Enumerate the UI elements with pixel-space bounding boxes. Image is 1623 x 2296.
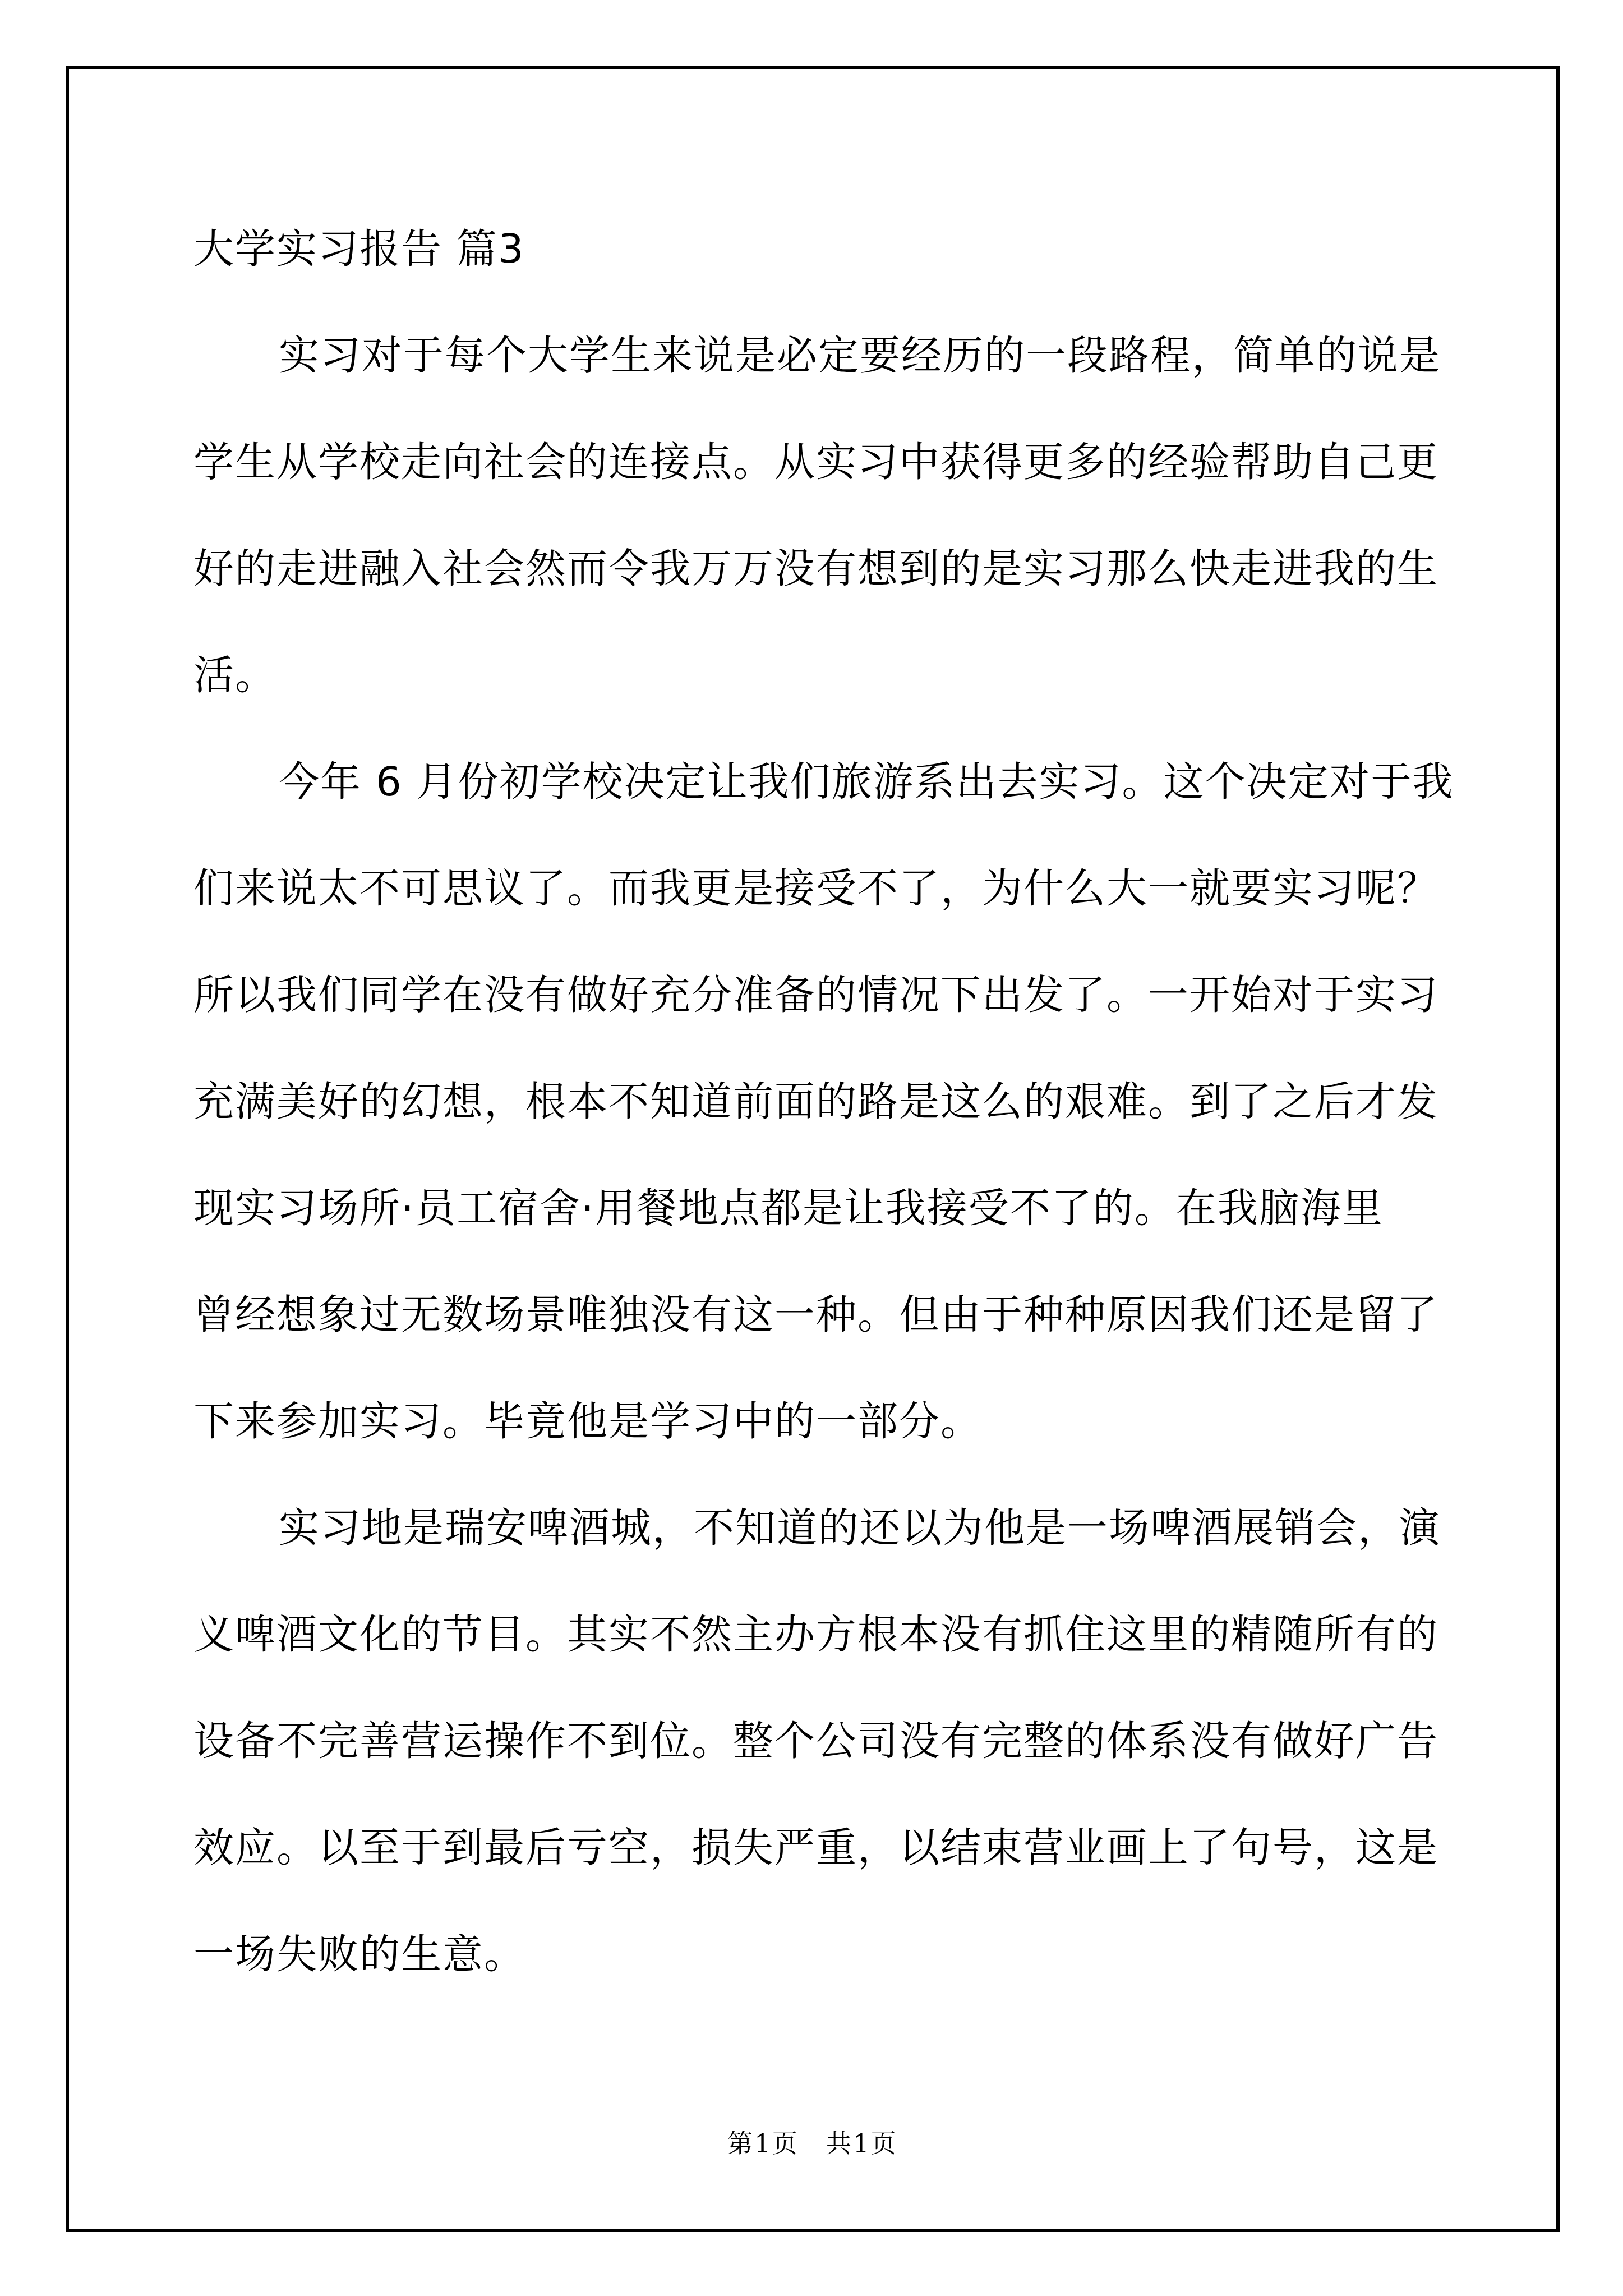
paragraph-3-line-2: 义啤酒文化的节目。其实不然主办方根本没有抓住这里的精随所有的 [193, 1581, 1455, 1687]
paragraph-2-line-5: 现实习场所·员工宿舍·用餐地点都是让我接受不了的。在我脑海里 [193, 1154, 1455, 1261]
paragraph-2-line-7: 下来参加实习。毕竟他是学习中的一部分。 [193, 1368, 1455, 1474]
paragraph-2-line-1: 今年 6 月份初学校决定让我们旅游系出去实习。这个决定对于我 [193, 728, 1455, 835]
paragraph-2-line-4: 充满美好的幻想，根本不知道前面的路是这么的艰难。到了之后才发 [193, 1048, 1455, 1154]
paragraph-1-line-4: 活。 [193, 622, 1455, 728]
paragraph-3-line-1: 实习地是瑞安啤酒城，不知道的还以为他是一场啤酒展销会，演 [193, 1474, 1455, 1581]
paragraph-2-line-6: 曾经想象过无数场景唯独没有这一种。但由于种种原因我们还是留了 [193, 1261, 1455, 1368]
paragraph-1-line-3: 好的走进融入社会然而令我万万没有想到的是实习那么快走进我的生 [193, 515, 1455, 622]
document-body: 大学实习报告 篇3 实习对于每个大学生来说是必定要经历的一段路程，简单的说是 学… [193, 195, 1455, 2007]
paragraph-3-line-3: 设备不完善营运操作不到位。整个公司没有完整的体系没有做好广告 [193, 1687, 1455, 1794]
paragraph-1-line-1: 实习对于每个大学生来说是必定要经历的一段路程，简单的说是 [193, 302, 1455, 408]
paragraph-2-line-2: 们来说太不可思议了。而我更是接受不了，为什么大一就要实习呢？ [193, 835, 1455, 941]
page-footer: 第1页共1页 [66, 2122, 1560, 2166]
page-number-current: 第1页 [727, 2129, 799, 2159]
document-page: { "page": { "title": "大学实习报告 篇3", "parag… [0, 0, 1623, 2296]
paragraph-1-line-2: 学生从学校走向社会的连接点。从实习中获得更多的经验帮助自己更 [193, 408, 1455, 515]
document-title: 大学实习报告 篇3 [193, 195, 1455, 302]
paragraph-3-line-4: 效应。以至于到最后亏空，损失严重，以结束营业画上了句号，这是 [193, 1794, 1455, 1901]
page-number-total: 共1页 [826, 2129, 898, 2159]
paragraph-3-line-5: 一场失败的生意。 [193, 1901, 1455, 2007]
paragraph-2-line-3: 所以我们同学在没有做好充分准备的情况下出发了。一开始对于实习 [193, 941, 1455, 1048]
